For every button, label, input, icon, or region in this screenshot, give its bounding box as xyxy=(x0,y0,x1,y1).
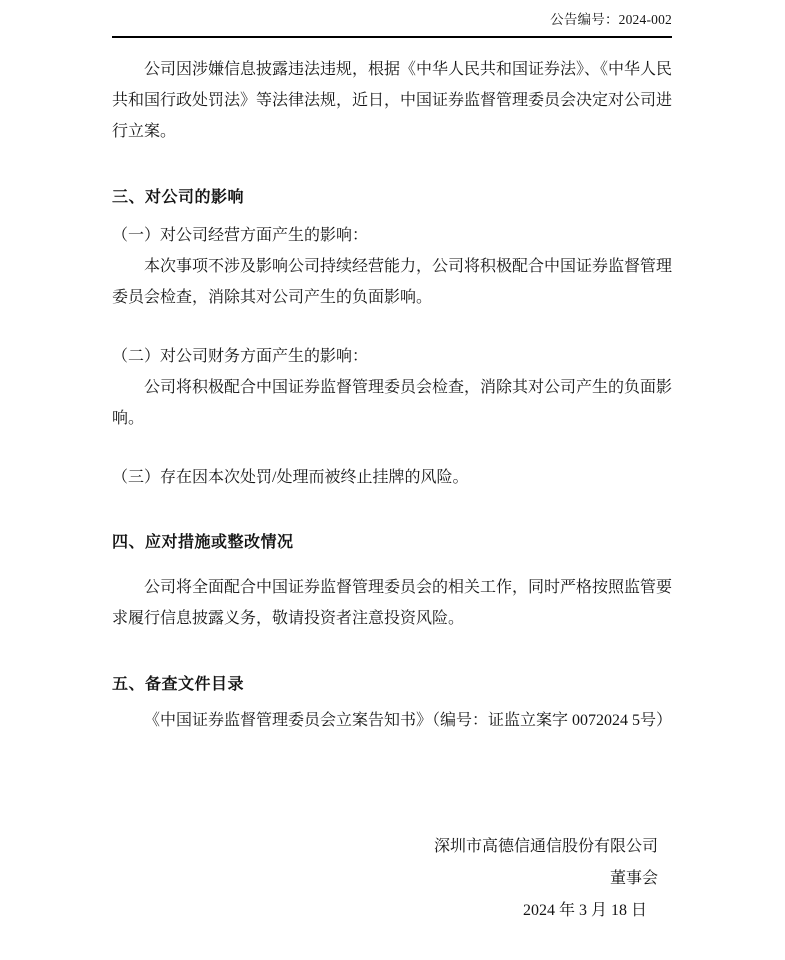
header-divider xyxy=(112,36,672,38)
signature-board: 董事会 xyxy=(112,863,658,895)
signature-company: 深圳市高德信通信股份有限公司 xyxy=(112,831,658,863)
doc-number: 公告编号：2024-002 xyxy=(112,0,672,28)
section-3-item-2-label: （二）对公司财务方面产生的影响： xyxy=(112,341,672,372)
section-3-item-2-text: 公司将积极配合中国证券监督管理委员会检查，消除其对公司产生的负面影响。 xyxy=(112,372,672,434)
announcement-page: 公告编号：2024-002 公司因涉嫌信息披露违法违规，根据《中华人民共和国证券… xyxy=(0,0,785,960)
section-4-text: 公司将全面配合中国证券监督管理委员会的相关工作，同时严格按照监管要求履行信息披露… xyxy=(112,572,672,634)
signature-date: 2024 年 3 月 18 日 xyxy=(112,895,658,927)
section-3-item-1-text: 本次事项不涉及影响公司持续经营能力，公司将积极配合中国证券监督管理委员会检查，消… xyxy=(112,251,672,313)
section-4-heading: 四、应对措施或整改情况 xyxy=(112,527,672,558)
section-5-heading: 五、备查文件目录 xyxy=(112,669,672,700)
section-5-text: 《中国证券监督管理委员会立案告知书》（编号：证监立案字 0072024 5号） xyxy=(112,705,672,736)
section-3-item-1-label: （一）对公司经营方面产生的影响： xyxy=(112,220,672,251)
section-3-heading: 三、对公司的影响 xyxy=(112,182,672,213)
signature-block: 深圳市高德信通信股份有限公司 董事会 2024 年 3 月 18 日 xyxy=(112,831,672,927)
intro-paragraph: 公司因涉嫌信息披露违法违规，根据《中华人民共和国证券法》、《中华人民共和国行政处… xyxy=(112,54,672,147)
section-3-item-3-label: （三）存在因本次处罚/处理而被终止挂牌的风险。 xyxy=(112,462,672,493)
